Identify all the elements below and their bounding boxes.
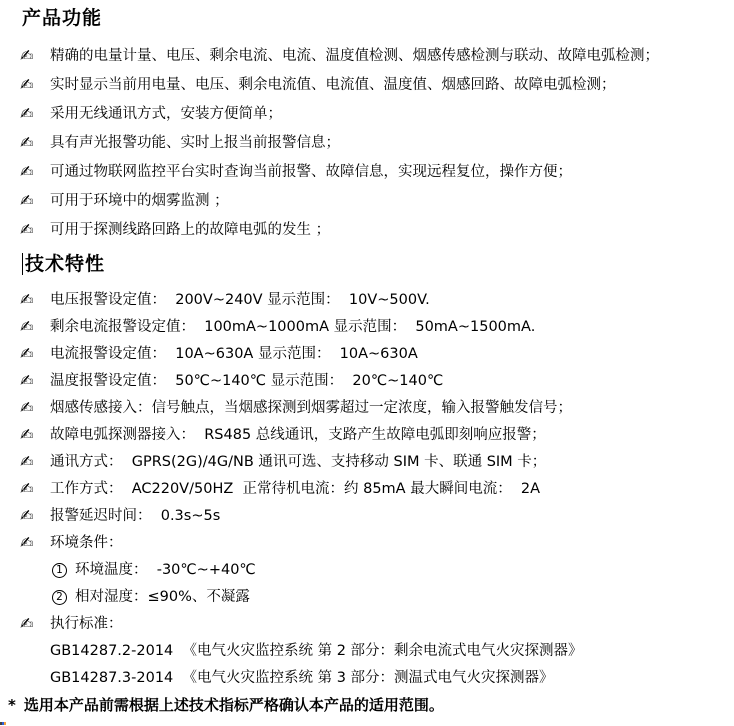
list-item: ✍ 执行标准： (20, 614, 734, 634)
spec-text: 烟感传感接入：信号触点，当烟感探测到烟雾超过一定浓度，输入报警触发信号； (50, 398, 572, 418)
list-item: ✍ 实时显示当前用电量、电压、剩余电流值、电流值、温度值、烟感回路、故障电弧检测… (20, 75, 734, 95)
feature-text: 精确的电量计量、电压、剩余电流、电流、温度值检测、烟感传感检测与联动、故障电弧检… (50, 46, 659, 66)
spec-text: 通讯方式： GPRS(2G)/4G/NB 通讯可选、支持移动 SIM 卡、联通 … (50, 452, 546, 472)
writing-hand-icon: ✍ (20, 506, 50, 526)
spec-text: 电流报警设定值： 10A~630A 显示范围： 10A~630A (50, 344, 418, 364)
writing-hand-icon: ✍ (20, 452, 50, 472)
list-item: ✍ 采用无线通讯方式，安装方便简单； (20, 104, 734, 124)
spec-text: 故障电弧探测器接入： RS485 总线通讯，支路产生故障电弧即刻响应报警； (50, 425, 546, 445)
list-item: ✍ 工作方式： AC220V/50HZ 正常待机电流：约 85mA 最大瞬间电流… (20, 479, 734, 499)
writing-hand-icon: ✍ (20, 133, 50, 153)
writing-hand-icon: ✍ (20, 290, 50, 310)
spec-text: 工作方式： AC220V/50HZ 正常待机电流：约 85mA 最大瞬间电流： … (50, 479, 540, 499)
specs-section-title-row: 技术特性 (22, 252, 734, 276)
env-condition-text: 环境温度： -30℃~+40℃ (75, 560, 256, 580)
list-item: ✍ 可通过物联网监控平台实时查询当前报警、故障信息，实现远程复位，操作方便； (20, 162, 734, 182)
writing-hand-icon: ✍ (20, 533, 50, 553)
footnote-text: 选用本产品前需根据上述技术指标严格确认本产品的适用范围。 (24, 695, 444, 715)
writing-hand-icon: ✍ (20, 162, 50, 182)
feature-text: 实时显示当前用电量、电压、剩余电流值、电流值、温度值、烟感回路、故障电弧检测； (50, 75, 616, 95)
writing-hand-icon: ✍ (20, 371, 50, 391)
spec-text: 报警延迟时间： 0.3s~5s (50, 506, 220, 526)
writing-hand-icon: ✍ (20, 191, 50, 211)
spec-text: 电压报警设定值： 200V~240V 显示范围： 10V~500V. (50, 290, 430, 310)
feature-text: 可用于探测线路回路上的故障电弧的发生 ； (50, 220, 330, 240)
specs-section-title: 技术特性 (25, 252, 105, 276)
list-item: ✍ 可用于探测线路回路上的故障电弧的发生 ； (20, 220, 734, 240)
list-item: ✍ 烟感传感接入：信号触点，当烟感探测到烟雾超过一定浓度，输入报警触发信号； (20, 398, 734, 418)
writing-hand-icon: ✍ (20, 104, 50, 124)
artifact-pixel (4, 722, 6, 725)
list-item: ✍ 电压报警设定值： 200V~240V 显示范围： 10V~500V. (20, 290, 734, 310)
list-item: ✍ 通讯方式： GPRS(2G)/4G/NB 通讯可选、支持移动 SIM 卡、联… (20, 452, 734, 472)
circled-number-icon: 1 (52, 563, 67, 578)
list-item: ✍ 具有声光报警功能、实时上报当前报警信息； (20, 133, 734, 153)
circled-number-icon: 2 (52, 590, 67, 605)
text-caret (22, 253, 23, 275)
corner-artifact (0, 722, 6, 725)
list-item: ✍ 报警延迟时间： 0.3s~5s (20, 506, 734, 526)
feature-text: 采用无线通讯方式，安装方便简单； (50, 104, 282, 124)
list-item: ✍ 剩余电流报警设定值： 100mA~1000mA 显示范围： 50mA~150… (20, 317, 734, 337)
list-item: ✍ 环境条件： (20, 533, 734, 553)
list-item: ✍ 精确的电量计量、电压、剩余电流、电流、温度值检测、烟感传感检测与联动、故障电… (20, 46, 734, 66)
writing-hand-icon: ✍ (20, 425, 50, 445)
writing-hand-icon: ✍ (20, 46, 50, 66)
spec-text: 环境条件： (50, 533, 123, 553)
spec-text: 温度报警设定值： 50℃~140℃ 显示范围： 20℃~140℃ (50, 371, 443, 391)
feature-text: 可用于环境中的烟雾监测 ； (50, 191, 229, 211)
list-item: ✍ 可用于环境中的烟雾监测 ； (20, 191, 734, 211)
footnote: * 选用本产品前需根据上述技术指标严格确认本产品的适用范围。 (8, 695, 734, 715)
asterisk-marker: * (8, 695, 16, 715)
standard-line: GB14287.3-2014 《电气火灾监控系统 第 3 部分：测温式电气火灾探… (50, 668, 734, 688)
writing-hand-icon: ✍ (20, 317, 50, 337)
list-item: ✍ 故障电弧探测器接入： RS485 总线通讯，支路产生故障电弧即刻响应报警； (20, 425, 734, 445)
env-condition-item: 2 相对湿度：≤90%、不凝露 (52, 587, 734, 607)
feature-text: 可通过物联网监控平台实时查询当前报警、故障信息，实现远程复位，操作方便； (50, 162, 572, 182)
env-condition-item: 1 环境温度： -30℃~+40℃ (52, 560, 734, 580)
list-item: ✍ 电流报警设定值： 10A~630A 显示范围： 10A~630A (20, 344, 734, 364)
document-page: 产品功能 ✍ 精确的电量计量、电压、剩余电流、电流、温度值检测、烟感传感检测与联… (0, 0, 734, 726)
specs-list: ✍ 电压报警设定值： 200V~240V 显示范围： 10V~500V. ✍ 剩… (0, 290, 734, 688)
list-item: ✍ 温度报警设定值： 50℃~140℃ 显示范围： 20℃~140℃ (20, 371, 734, 391)
writing-hand-icon: ✍ (20, 220, 50, 240)
features-list: ✍ 精确的电量计量、电压、剩余电流、电流、温度值检测、烟感传感检测与联动、故障电… (0, 46, 734, 240)
spec-text: 执行标准： (50, 614, 123, 634)
env-condition-text: 相对湿度：≤90%、不凝露 (75, 587, 250, 607)
writing-hand-icon: ✍ (20, 479, 50, 499)
writing-hand-icon: ✍ (20, 614, 50, 634)
spec-text: 剩余电流报警设定值： 100mA~1000mA 显示范围： 50mA~1500m… (50, 317, 535, 337)
features-section-title: 产品功能 (22, 6, 734, 30)
standard-line: GB14287.2-2014 《电气火灾监控系统 第 2 部分：剩余电流式电气火… (50, 641, 734, 661)
writing-hand-icon: ✍ (20, 75, 50, 95)
writing-hand-icon: ✍ (20, 398, 50, 418)
writing-hand-icon: ✍ (20, 344, 50, 364)
feature-text: 具有声光报警功能、实时上报当前报警信息； (50, 133, 340, 153)
